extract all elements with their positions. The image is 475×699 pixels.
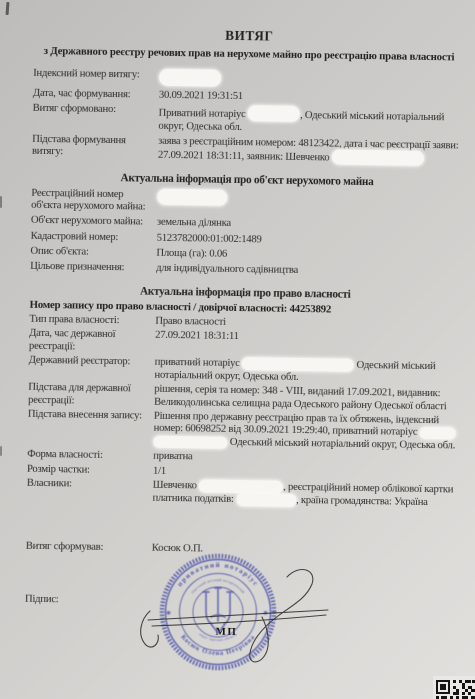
field-value: 27.09.2021 18:31:11 <box>155 329 460 358</box>
redaction-blob <box>153 436 227 449</box>
redaction-blob <box>420 427 456 440</box>
field-label: Розмір частки: <box>27 462 145 476</box>
field-label: Опис об'єкта: <box>30 245 148 259</box>
field-label: Підстава для державної реєстрації: <box>28 381 146 407</box>
edge-mark <box>0 196 2 208</box>
field-label: Витяг сформував: <box>26 540 144 554</box>
value-text: Шевченко <box>153 479 197 492</box>
redaction-blob <box>159 68 221 86</box>
field-value: заява з реєстраційним номером: 48123422,… <box>158 135 463 167</box>
field-value: земельна ділянка <box>157 216 462 233</box>
notary-stamp-seal: приватний нотаріус Косюк Олена Петрівна … <box>156 550 280 674</box>
redaction-blob <box>199 479 283 493</box>
field-label: Підстава внесення запису: <box>27 408 146 448</box>
field-row: Підстава формування витягу: заява з реєс… <box>32 133 463 167</box>
field-value: Приватний нотаріус , Одеський міський но… <box>158 104 463 137</box>
field-value: для індивідуального садівництва <box>156 262 461 279</box>
field-row: Витяг сформовано: Приватний нотаріус , О… <box>32 102 463 137</box>
field-row: Підстава внесення запису: Рішення про де… <box>27 408 459 453</box>
field-row: Власники: Шевченко , реєстраційний номер… <box>26 477 457 510</box>
field-label: Цільове призначення: <box>30 260 148 274</box>
value-text: , країна громадянства: Україна <box>296 494 428 508</box>
value-text: Одеський міський нотаріальний округ, Оде… <box>230 436 455 452</box>
value-text: Приватний нотаріус <box>159 107 246 120</box>
field-value <box>157 189 462 218</box>
value-text: приватний нотаріус <box>155 356 240 369</box>
redaction-blob <box>236 493 296 507</box>
field-row: Реєстраційний номер об'єкта нерухомого м… <box>31 187 462 218</box>
field-label: Підстава формування витягу: <box>32 133 150 162</box>
document-subtitle: з Державного реєстру речових прав на нер… <box>33 45 464 64</box>
field-value: рішення, серія та номер: 348 - VIII, вид… <box>154 383 459 412</box>
field-label: Підпис: <box>25 593 143 607</box>
field-value: Площа (га): 0.06 <box>156 247 461 264</box>
field-value: приватний нотаріус Одеський міський нота… <box>154 356 459 386</box>
edge-mark <box>0 446 2 456</box>
field-label: Тип права власності: <box>29 313 147 327</box>
document-photo: { "header": { "title": "ВИТЯГ", "subtitl… <box>0 0 475 699</box>
redaction-blob <box>332 150 424 166</box>
field-label: Дата, час формування: <box>33 86 151 100</box>
field-label: Реєстраційний номер об'єкта нерухомого м… <box>31 187 149 213</box>
field-label: Витяг сформовано: <box>32 102 150 132</box>
value-text: Рішення про державну реєстрацію прав та … <box>154 410 440 438</box>
field-row: Державний реєстратор: приватний нотаріус… <box>28 354 459 386</box>
field-value: Шевченко , реєстраційний номер облікової… <box>152 479 457 510</box>
trident-emblem <box>203 588 233 633</box>
field-label: Державний реєстратор: <box>28 354 146 381</box>
document-title: ВИТЯГ <box>34 27 465 46</box>
field-label: Об'єкт нерухомого майна: <box>31 214 149 228</box>
qr-code <box>433 676 475 699</box>
notary-stamp: приватний нотаріус Косюк Олена Петрівна … <box>156 550 280 674</box>
field-row: Цільове призначення: для індивідуального… <box>30 260 461 279</box>
formation-section: Індексний номер витягу: Дата, час формув… <box>32 66 464 167</box>
field-value: 30.09.2021 19:31:51 <box>159 88 464 105</box>
field-label: Дата, час державної реєстрації: <box>29 327 147 353</box>
field-label: Власники: <box>26 477 144 505</box>
field-label: Кадастровий номер: <box>31 229 149 243</box>
object-section: Реєстраційний номер об'єкта нерухомого м… <box>30 187 462 280</box>
field-value <box>159 68 464 90</box>
stamp-separator-right: ✳ <box>263 610 268 617</box>
ownership-section: Тип права власності: Право власності Дат… <box>26 313 460 509</box>
redaction-blob <box>248 105 300 122</box>
field-label: Індексний номер витягу: <box>33 66 151 85</box>
field-value: 5123782000:01:002:1489 <box>157 231 462 248</box>
stamp-separator-left: ✳ <box>166 610 171 617</box>
field-value: Рішення про державну реєстрацію прав та … <box>153 410 459 453</box>
redaction-blob <box>157 189 227 206</box>
field-label: Форма власності: <box>27 448 145 462</box>
